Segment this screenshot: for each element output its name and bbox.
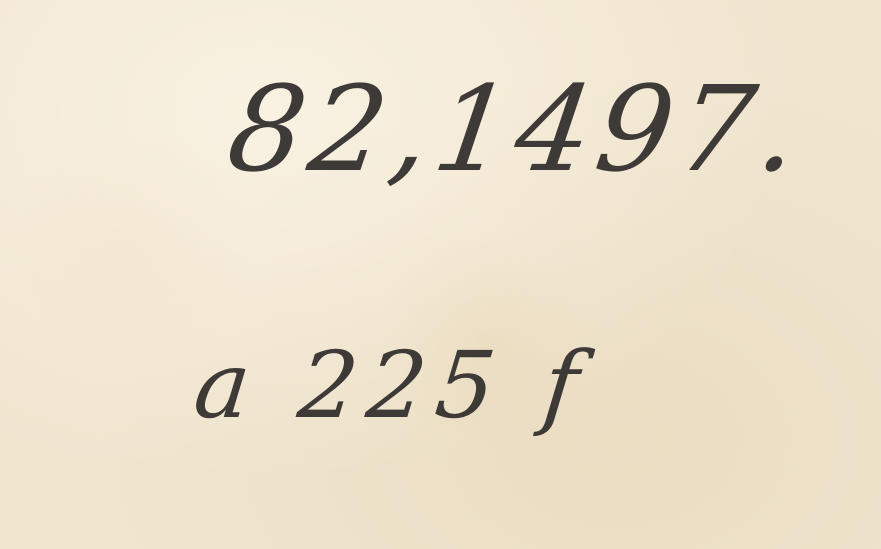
handwritten-catalog-code: a 225 f <box>190 340 593 432</box>
handwritten-reference-number: 82,1497. <box>222 70 812 188</box>
paper-sheet: 82,1497. a 225 f <box>0 0 881 549</box>
